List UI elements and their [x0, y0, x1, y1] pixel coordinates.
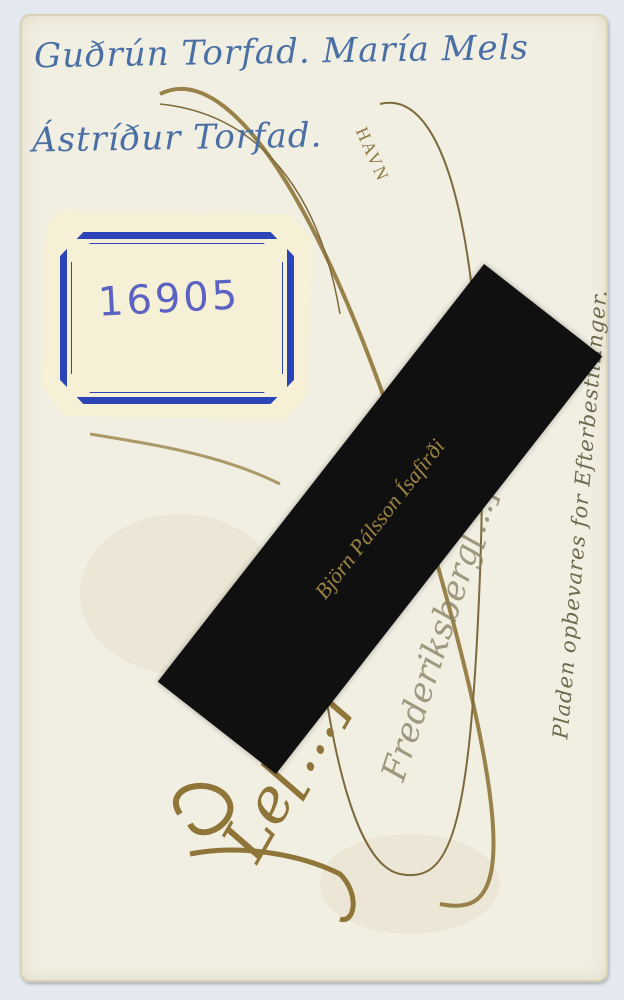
photo-card-back: Guðrún Torfad. María Mels Ástríður Torfa… [20, 14, 608, 982]
handwritten-names-line-2: Ástríður Torfad. [32, 115, 323, 160]
catalog-number: 16905 [97, 272, 241, 325]
